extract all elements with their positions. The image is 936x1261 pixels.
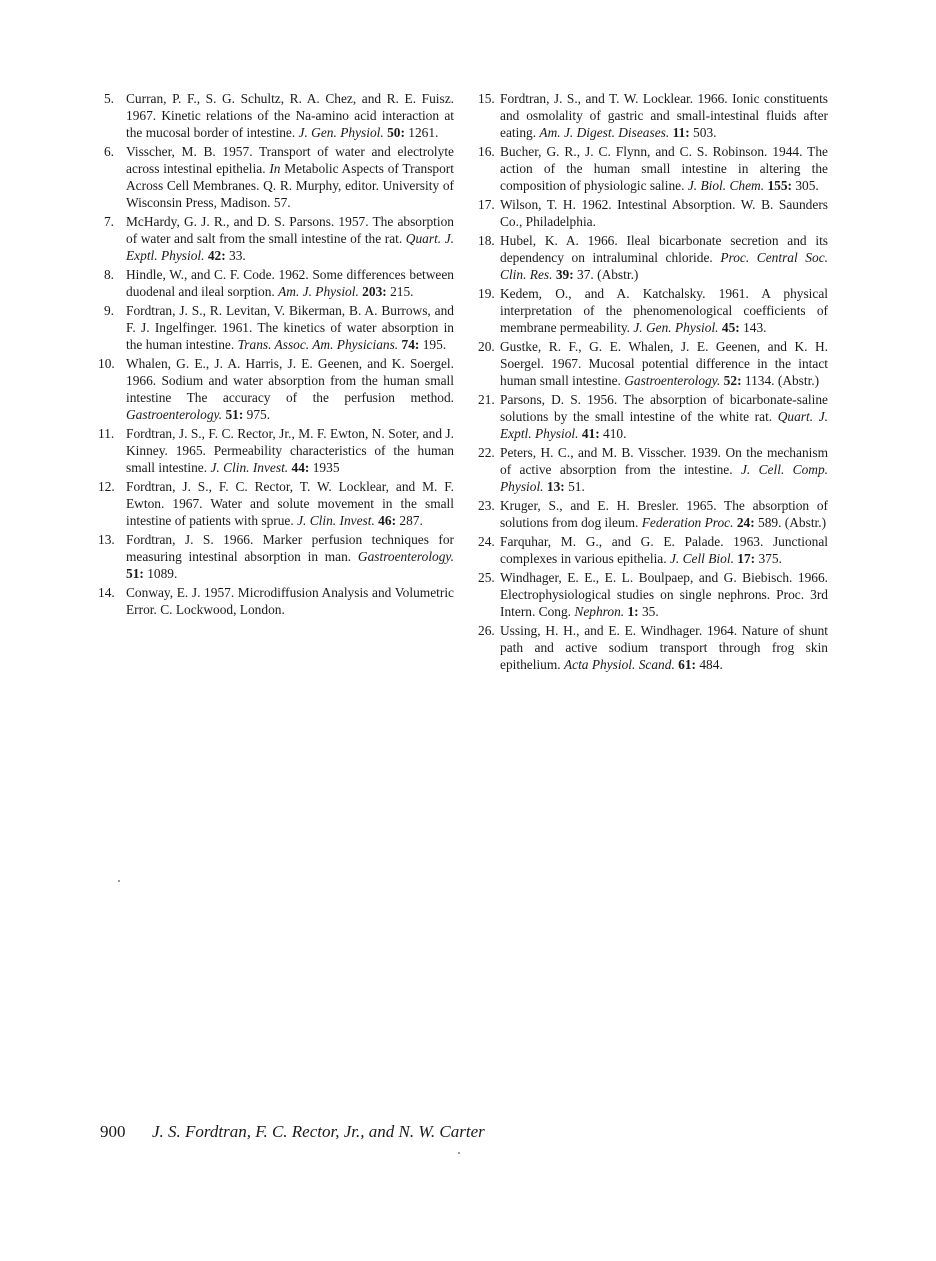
volume-number: 52:: [724, 373, 742, 388]
journal-title: Trans. Assoc. Am. Physicians.: [238, 337, 399, 352]
reference-text: 195.: [419, 337, 446, 352]
reference-number: 16.: [478, 143, 498, 160]
reference-number: 8.: [98, 266, 118, 283]
reference-number: 20.: [478, 338, 498, 355]
reference-text: 410.: [600, 426, 627, 441]
volume-number: 203:: [362, 284, 387, 299]
reference-entry: 21.Parsons, D. S. 1956. The absorption o…: [480, 391, 828, 442]
reference-number: 9.: [98, 302, 118, 319]
reference-entry: 16.Bucher, G. R., J. C. Flynn, and C. S.…: [480, 143, 828, 194]
reference-entry: 11.Fordtran, J. S., F. C. Rector, Jr., M…: [106, 425, 454, 476]
reference-entry: 19.Kedem, O., and A. Katchalsky. 1961. A…: [480, 285, 828, 336]
volume-number: 39:: [556, 267, 574, 282]
volume-number: 50:: [387, 125, 405, 140]
reference-entry: 8.Hindle, W., and C. F. Code. 1962. Some…: [106, 266, 454, 300]
reference-text: Wilson, T. H. 1962. Intestinal Absorptio…: [500, 197, 828, 229]
journal-title: J. Clin. Invest.: [297, 513, 375, 528]
reference-number: 23.: [478, 497, 498, 514]
reference-text: 37. (Abstr.): [574, 267, 639, 282]
journal-title: In: [269, 161, 280, 176]
reference-text: 1935: [309, 460, 339, 475]
volume-number: 155:: [767, 178, 792, 193]
reference-entry: 17.Wilson, T. H. 1962. Intestinal Absorp…: [480, 196, 828, 230]
reference-text: 1134. (Abstr.): [742, 373, 820, 388]
reference-text: 143.: [740, 320, 767, 335]
reference-text: 975.: [243, 407, 270, 422]
reference-entry: 7.McHardy, G. J. R., and D. S. Parsons. …: [106, 213, 454, 264]
reference-entry: 23.Kruger, S., and E. H. Bresler. 1965. …: [480, 497, 828, 531]
reference-number: 21.: [478, 391, 498, 408]
reference-entry: 22.Peters, H. C., and M. B. Visscher. 19…: [480, 444, 828, 495]
page-number: 900: [100, 1122, 126, 1142]
reference-number: 6.: [98, 143, 118, 160]
reference-number: 22.: [478, 444, 498, 461]
reference-number: 26.: [478, 622, 498, 639]
journal-title: J. Gen. Physiol.: [299, 125, 384, 140]
journal-title: Nephron.: [574, 604, 624, 619]
scan-speck: [458, 1152, 460, 1154]
journal-title: J. Gen. Physiol.: [633, 320, 718, 335]
volume-number: 17:: [737, 551, 755, 566]
reference-entry: 12.Fordtran, J. S., F. C. Rector, T. W. …: [106, 478, 454, 529]
reference-entry: 18.Hubel, K. A. 1966. Ileal bicarbonate …: [480, 232, 828, 283]
journal-title: J. Clin. Invest.: [210, 460, 288, 475]
references-right-column: 15.Fordtran, J. S., and T. W. Locklear. …: [480, 90, 828, 675]
reference-number: 7.: [98, 213, 118, 230]
journal-title: Acta Physiol. Scand.: [564, 657, 675, 672]
reference-entry: 9.Fordtran, J. S., R. Levitan, V. Bikerm…: [106, 302, 454, 353]
journal-title: Am. J. Physiol.: [278, 284, 359, 299]
reference-text: 287.: [396, 513, 423, 528]
journal-title: Gastroenterology.: [126, 407, 222, 422]
reference-entry: 6.Visscher, M. B. 1957. Transport of wat…: [106, 143, 454, 211]
volume-number: 51:: [126, 566, 144, 581]
reference-number: 15.: [478, 90, 498, 107]
volume-number: 1:: [627, 604, 638, 619]
reference-number: 10.: [98, 355, 118, 372]
volume-number: 24:: [737, 515, 755, 530]
reference-text: 215.: [387, 284, 414, 299]
volume-number: 46:: [378, 513, 396, 528]
reference-text: 33.: [226, 248, 246, 263]
reference-number: 13.: [98, 531, 118, 548]
reference-number: 25.: [478, 569, 498, 586]
reference-text: 1261.: [405, 125, 438, 140]
volume-number: 51:: [225, 407, 243, 422]
reference-number: 14.: [98, 584, 118, 601]
journal-title: Am. J. Digest. Diseases.: [539, 125, 669, 140]
reference-text: 1089.: [144, 566, 177, 581]
reference-number: 19.: [478, 285, 498, 302]
volume-number: 44:: [292, 460, 310, 475]
volume-number: 74:: [402, 337, 420, 352]
journal-title: J. Biol. Chem.: [688, 178, 764, 193]
reference-number: 18.: [478, 232, 498, 249]
reference-number: 17.: [478, 196, 498, 213]
reference-text: Whalen, G. E., J. A. Harris, J. E. Geene…: [126, 356, 454, 405]
reference-text: Conway, E. J. 1957. Microdiffusion Analy…: [126, 585, 454, 617]
reference-text: 51.: [565, 479, 585, 494]
volume-number: 61:: [678, 657, 696, 672]
reference-text: 589. (Abstr.): [755, 515, 826, 530]
reference-number: 24.: [478, 533, 498, 550]
reference-number: 5.: [98, 90, 118, 107]
reference-number: 11.: [98, 425, 118, 442]
reference-text: 503.: [690, 125, 717, 140]
references-left-column: 5.Curran, P. F., S. G. Schultz, R. A. Ch…: [106, 90, 454, 620]
reference-text: 484.: [696, 657, 723, 672]
journal-title: Gastroenterology.: [624, 373, 720, 388]
reference-text: 35.: [639, 604, 659, 619]
reference-entry: 20.Gustke, R. F., G. E. Whalen, J. E. Ge…: [480, 338, 828, 389]
scan-speck: [118, 880, 120, 882]
reference-text: 305.: [792, 178, 819, 193]
reference-text: 375.: [755, 551, 782, 566]
reference-entry: 5.Curran, P. F., S. G. Schultz, R. A. Ch…: [106, 90, 454, 141]
reference-entry: 14.Conway, E. J. 1957. Microdiffusion An…: [106, 584, 454, 618]
journal-title: Federation Proc.: [642, 515, 734, 530]
reference-text: Windhager, E. E., E. L. Boulpaep, and G.…: [500, 570, 828, 619]
reference-entry: 25.Windhager, E. E., E. L. Boulpaep, and…: [480, 569, 828, 620]
volume-number: 13:: [547, 479, 565, 494]
volume-number: 45:: [722, 320, 740, 335]
reference-entry: 10.Whalen, G. E., J. A. Harris, J. E. Ge…: [106, 355, 454, 423]
volume-number: 42:: [208, 248, 226, 263]
journal-title: J. Cell Biol.: [670, 551, 734, 566]
reference-entry: 26.Ussing, H. H., and E. E. Windhager. 1…: [480, 622, 828, 673]
reference-entry: 13.Fordtran, J. S. 1966. Marker perfusio…: [106, 531, 454, 582]
running-authors: J. S. Fordtran, F. C. Rector, Jr., and N…: [152, 1122, 485, 1142]
reference-entry: 15.Fordtran, J. S., and T. W. Locklear. …: [480, 90, 828, 141]
reference-number: 12.: [98, 478, 118, 495]
reference-text: McHardy, G. J. R., and D. S. Parsons. 19…: [126, 214, 454, 246]
reference-entry: 24.Farquhar, M. G., and G. E. Palade. 19…: [480, 533, 828, 567]
journal-title: Gastroenterology.: [358, 549, 454, 564]
volume-number: 11:: [673, 125, 690, 140]
volume-number: 41:: [582, 426, 600, 441]
